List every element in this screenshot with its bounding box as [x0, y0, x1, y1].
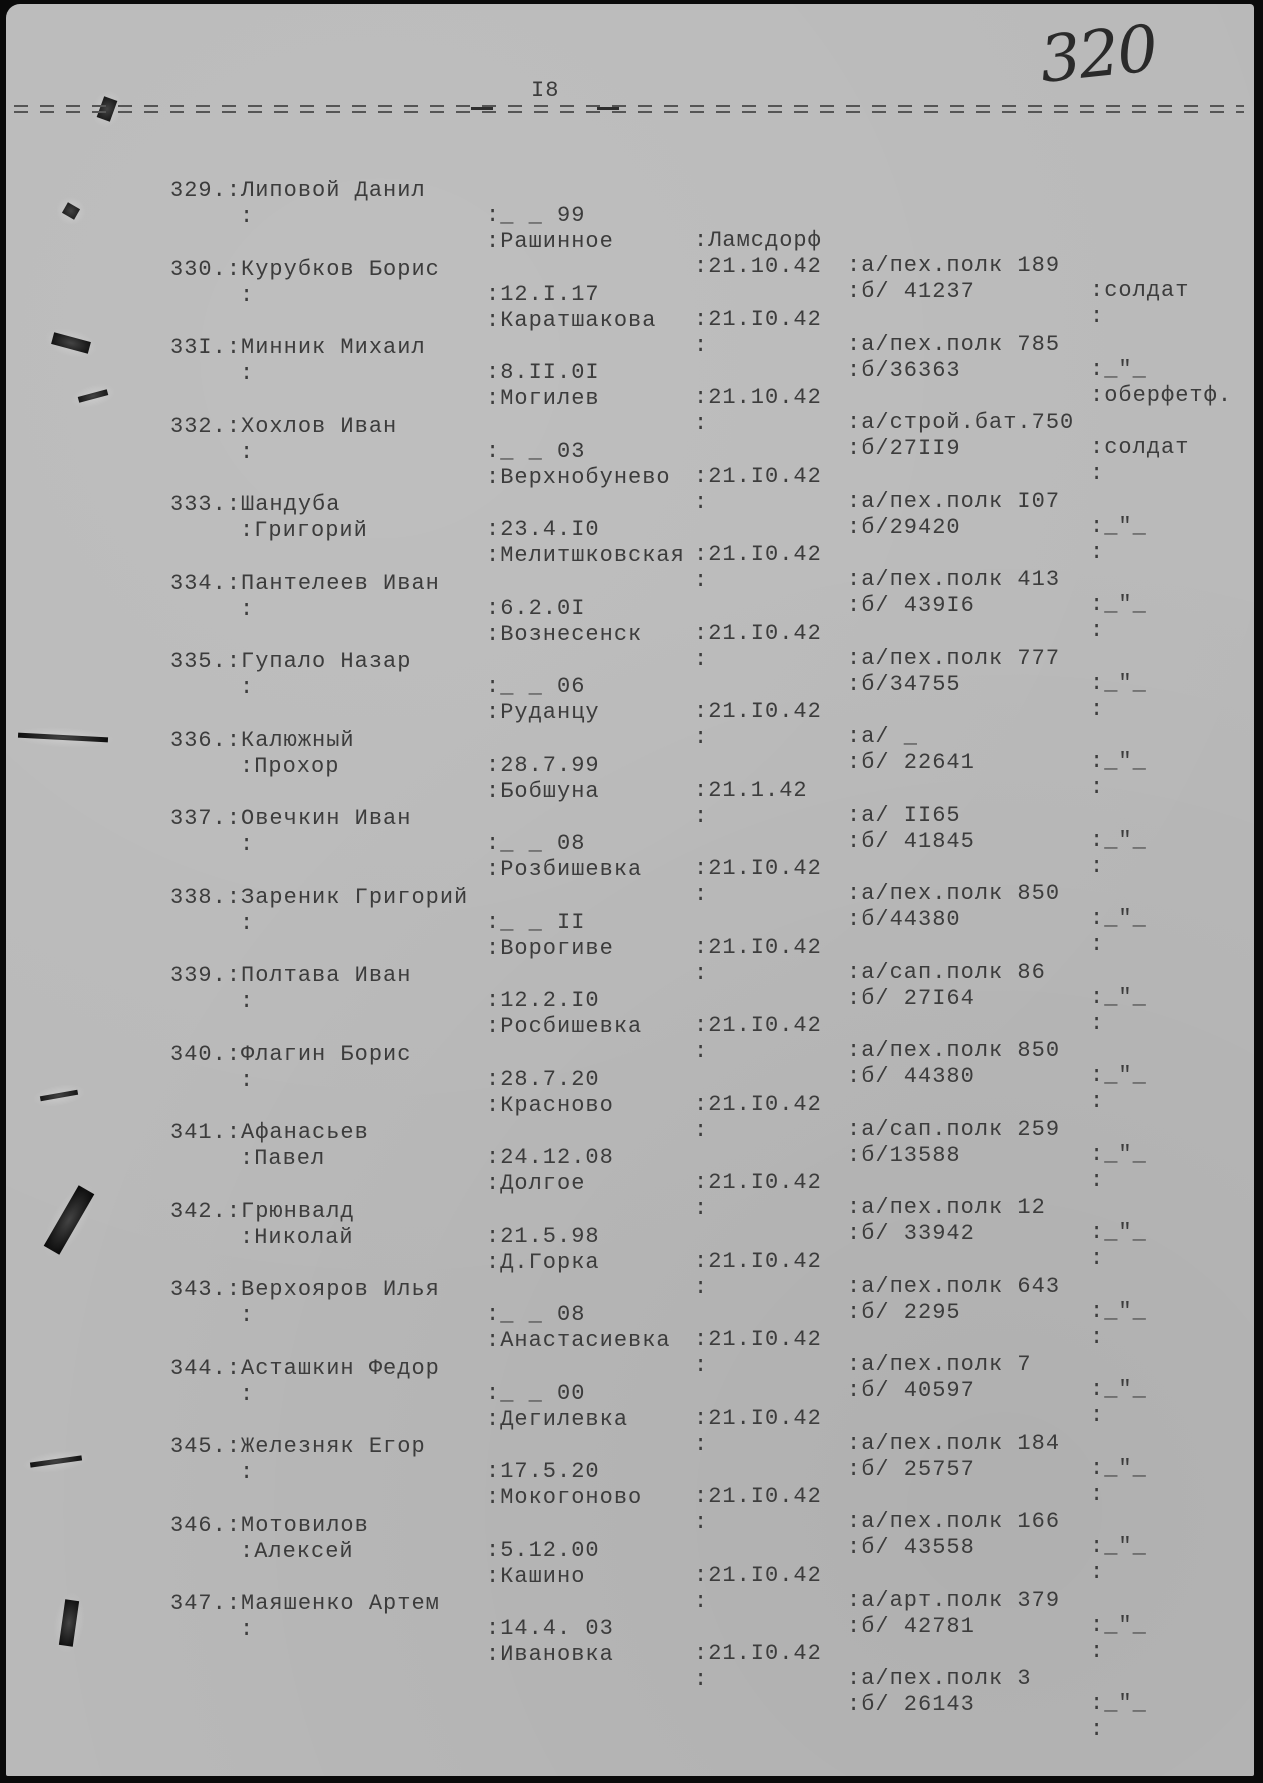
record-row: 338.:Зареник Григорий: :_ _ II:Ворогиве …	[0, 835, 1260, 889]
record-row: 340.:Флагин Борис: :28.7.20:Красново :21…	[0, 992, 1260, 1046]
record-birth: :14.4. 03:Ивановка	[486, 1616, 614, 1668]
record-row: 33I.:Минник Михаил: :8.II.0I:Могилев :21…	[0, 285, 1260, 339]
record-row: 335.:Гупало Назар: :_ _ 06:Руданцу :21.I…	[0, 599, 1260, 653]
record-row: 329.:Липовой Данил: :_ _ 99:Рашинное :Ла…	[0, 128, 1260, 182]
record-unit: :а/пех.полк 3:б/ 26143	[847, 1666, 1032, 1718]
record-row: 332.:Хохлов Иван: :_ _ 03:Верхнобунево :…	[0, 364, 1260, 418]
record-row: 333.:Шандуба:Григорий :23.4.I0:Мелитшков…	[0, 442, 1260, 496]
record-row: 334.:Пантелеев Иван: :6.2.0I:Вознесенск …	[0, 521, 1260, 575]
header-rule	[14, 103, 1244, 117]
record-date: :21.I0.42:	[694, 1641, 822, 1693]
record-row: 347.:Маяшенко Артем: :14.4. 03:Ивановка …	[0, 1541, 1260, 1595]
record-name: 347.:Маяшенко Артем:	[170, 1591, 440, 1643]
record-unit: :а/арт.полк 379:б/ 42781	[847, 1588, 1060, 1640]
record-row: 342.:Грюнвалд:Николай :21.5.98:Д.Горка :…	[0, 1149, 1260, 1203]
punch-hole	[59, 1599, 79, 1647]
record-row: 346.:Мотовилов:Алексей :5.12.00:Кашино :…	[0, 1463, 1260, 1517]
record-row: 344.:Асташкин Федор: :_ _ 00:Дегилевка :…	[0, 1306, 1260, 1360]
record-row: 336.:Калюжный:Прохор :28.7.99:Бобшуна :2…	[0, 678, 1260, 732]
record-rank: :_"_:	[1090, 1691, 1147, 1743]
record-row: 341.:Афанасьев:Павел :24.12.08:Долгое :2…	[0, 1070, 1260, 1124]
record-row: 337.:Овечкин Иван: :_ _ 08:Розбишевка :2…	[0, 756, 1260, 810]
record-row: 330.:Курубков Борис: :12.I.17:Каратшаков…	[0, 207, 1260, 261]
record-row: 345.:Железняк Егор: :17.5.20:Мокогоново …	[0, 1384, 1260, 1438]
archive-folio-number: 320	[1036, 12, 1159, 98]
record-row: 339.:Полтава Иван: :12.2.I0:Росбишевка :…	[0, 913, 1260, 967]
record-rank: :_"_:	[1090, 1613, 1147, 1665]
record-row: 343.:Верхояров Илья: :_ _ 08:Анастасиевк…	[0, 1227, 1260, 1281]
